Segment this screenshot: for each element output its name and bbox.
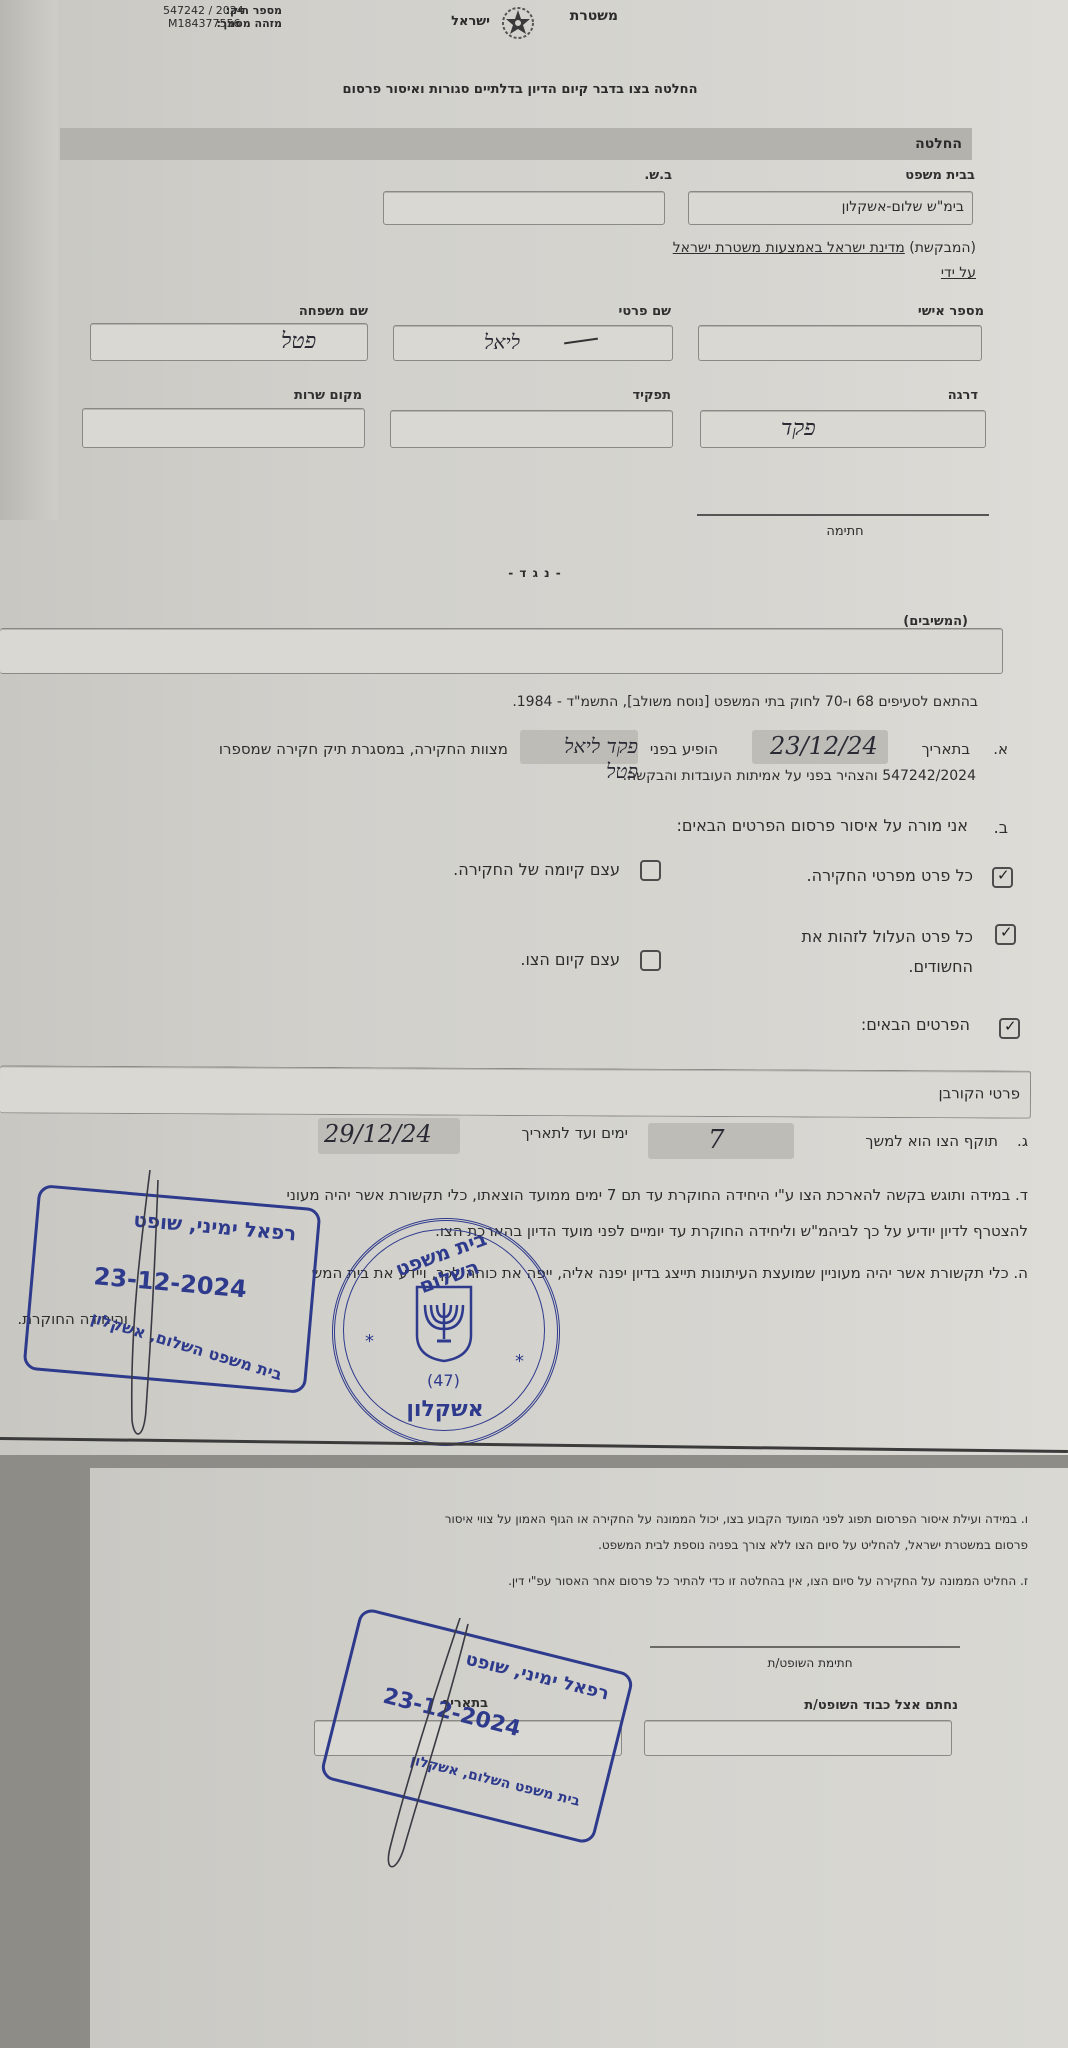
case-label: ב.ש. [644, 168, 672, 183]
clause-c-text-before: תוקף הצו הוא למשך [865, 1132, 998, 1150]
station-field[interactable] [82, 408, 365, 448]
checkbox-order-existence[interactable] [640, 950, 661, 971]
personal-number-field[interactable] [698, 325, 982, 361]
clause-a-date-handwritten: 23/12/24 [770, 732, 878, 760]
days-handwritten: 7 [708, 1125, 725, 1155]
requester-line: (המבקשת) מדינת ישראל באמצעות משטרת ישראל [673, 240, 976, 256]
form-page-1: משטרת ישראל מספר תיק: 547242 / 2024 מזהה… [0, 0, 1068, 1455]
org-name: משטרת [570, 8, 618, 24]
signed-before-label: נחתם אצל כבוד השופט/ת [804, 1698, 958, 1713]
strikethrough-mark [564, 338, 598, 345]
by-label: על ידי [941, 265, 976, 281]
check-icon: ✓ [997, 866, 1010, 884]
option-investigation-existence: עצם קיומה של החקירה. [453, 860, 620, 879]
requester-name: מדינת ישראל באמצעות משטרת ישראל [673, 240, 905, 256]
judge-signature-scribble [370, 1618, 490, 1878]
rank-field[interactable]: פקד [700, 410, 986, 448]
clause-d-line1: ד. במידה ותוגש בקשה להארכת הצו ע"י היחיד… [287, 1186, 1029, 1204]
versus-label: - נ ג ד - [450, 566, 620, 580]
option-following-details: הפרטים הבאים: [861, 1015, 970, 1034]
role-field[interactable] [390, 410, 673, 448]
until-date-handwritten: 29/12/24 [324, 1120, 432, 1148]
signature-label: חתימה [800, 524, 890, 539]
check-icon: ✓ [1000, 923, 1013, 941]
until-date-field[interactable]: 29/12/24 [318, 1118, 460, 1154]
clause-a-rest-line2: 547242/2024 והצהיר בפני על אמיתות העובדו… [623, 768, 976, 784]
details-value: פרטי הקורבן [938, 1084, 1020, 1102]
court-value: בימ"ש שלום-אשקלון [842, 199, 964, 215]
legal-basis: בהתאם לסעיפים 68 ו-70 לחוק בתי המשפט [נו… [512, 694, 978, 710]
clause-c-letter: ג. [1017, 1132, 1028, 1150]
role-label: תפקיד [633, 388, 671, 403]
option-identify-suspects: כל פרט העלול לזהות את החשודים. [773, 922, 973, 982]
clause-g-line1: ז. החליט הממונה על החקירה על סיום הצו, א… [508, 1574, 1028, 1588]
clause-b-text: אני מורה על איסור פרסום הפרטים הבאים: [677, 816, 968, 835]
section-header-title: החלטה [915, 136, 962, 152]
clause-a-date-field[interactable]: 23/12/24 [752, 730, 888, 764]
clause-a-officer-field[interactable]: פקד ליאל פטל [520, 730, 638, 764]
clause-d-line2: להצטרף לדיון יודיע על כך לביהמ"ש וליחידה… [435, 1222, 1028, 1240]
form-page-2: ו. במידה ועילת איסור הפרסום תפוג לפני המ… [90, 1468, 1068, 2048]
clause-a-letter: א. [993, 740, 1008, 758]
judge-signature-scribble [110, 1170, 190, 1450]
judge-signature-line [650, 1646, 960, 1648]
case-field[interactable] [383, 191, 665, 225]
signed-before-field[interactable] [644, 1720, 952, 1756]
respondents-field[interactable] [0, 628, 1003, 674]
form-title: החלטה בצו בדבר קיום הדיון בדלתיים סגורות… [250, 82, 790, 97]
doc-id: M184377556 [168, 17, 240, 30]
last-name-field[interactable]: פטל [90, 323, 368, 361]
checkbox-identify-suspects[interactable]: ✓ [995, 924, 1016, 945]
clause-f-line1: ו. במידה ועילת איסור הפרסום תפוג לפני המ… [445, 1512, 1028, 1526]
requester-prefix: (המבקשת) [909, 240, 976, 256]
court-seal-number: (47) [427, 1371, 460, 1390]
details-field[interactable]: פרטי הקורבן [0, 1065, 1031, 1118]
checkbox-investigation-details[interactable]: ✓ [992, 867, 1013, 888]
file-number: 547242 / 2024 [163, 4, 244, 17]
option-investigation-details: כל פרט מפרטי החקירה. [807, 866, 973, 885]
checkbox-investigation-existence[interactable] [640, 860, 661, 881]
clause-b-letter: ב. [994, 818, 1008, 837]
judge-signature-label: חתימת השופט/ת [710, 1656, 910, 1670]
court-field[interactable]: בימ"ש שלום-אשקלון [688, 191, 973, 225]
first-name-handwritten: ליאל [484, 330, 520, 355]
clause-a-rest-line1: מצוות החקירה, במסגרת תיק חקירה שמספרו [219, 740, 508, 758]
court-label: בבית משפט [905, 168, 975, 183]
rank-label: דרגה [948, 388, 978, 403]
station-label: מקום שרות [294, 388, 362, 403]
clause-c-text-middle: ימים ועד לתאריך [522, 1124, 628, 1142]
first-name-label: שם פרטי [619, 304, 671, 319]
check-icon: ✓ [1004, 1017, 1017, 1035]
police-star-emblem-icon [498, 4, 538, 44]
org-country: ישראל [451, 14, 490, 29]
court-seal-city: אשקלון [395, 1397, 495, 1422]
page-shadow-edge [0, 0, 58, 520]
first-name-field[interactable]: ליאל [393, 325, 673, 361]
clause-a-date-prefix: בתאריך [922, 740, 970, 758]
clause-a-appeared-before: הופיע בפני [650, 740, 718, 758]
last-name-label: שם משפחה [299, 304, 368, 319]
clause-f-line2: פרסום במשטרת ישראל, להחליט על סיום הצו ל… [598, 1538, 1028, 1552]
days-field[interactable]: 7 [648, 1123, 794, 1159]
last-name-handwritten: פטל [281, 328, 316, 354]
rank-handwritten: פקד [781, 415, 816, 441]
option-order-existence: עצם קיום הצו. [520, 950, 620, 969]
personal-number-label: מספר אישי [918, 304, 984, 319]
signature-line [697, 514, 989, 516]
court-seal: בית משפט השלום * * (47) אשקלון [332, 1218, 560, 1446]
menorah-emblem-icon [409, 1283, 479, 1363]
section-header-bar: החלטה [60, 128, 972, 160]
seal-star-icon: * [365, 1331, 374, 1352]
clause-a-officer-handwritten: פקד ליאל פטל [526, 734, 638, 784]
respondents-label: (המשיבים) [903, 614, 968, 629]
checkbox-following-details[interactable]: ✓ [999, 1018, 1020, 1039]
seal-star-icon: * [515, 1351, 524, 1372]
